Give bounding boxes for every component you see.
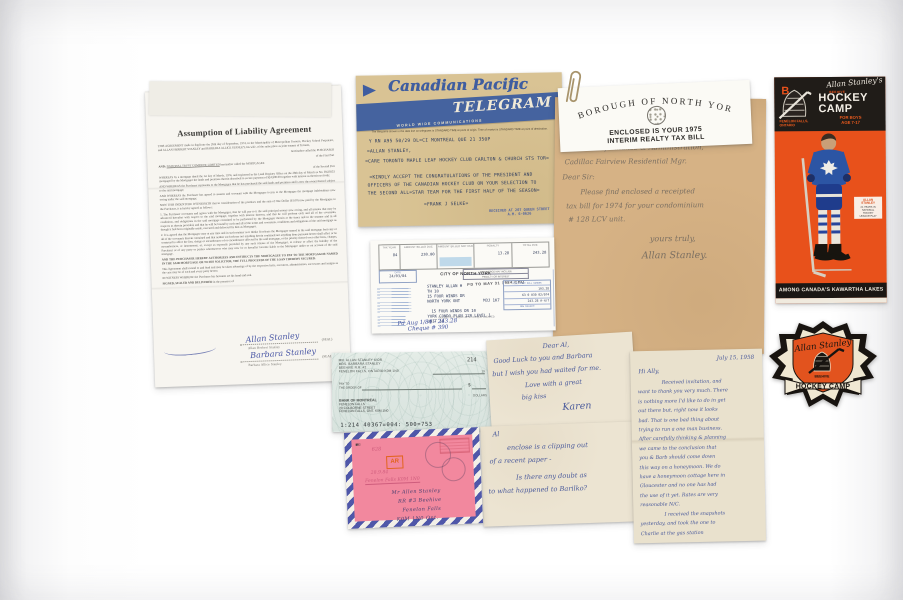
handwritten-letter: July 15, 1958 Hi Ally, Received invitati… <box>630 349 766 544</box>
brochure-location: FENELON FALLS, ONTARIO <box>780 119 809 128</box>
liability-agreement-document: Assumption of Liability Agreement THIS A… <box>145 85 351 388</box>
cheque-dollar-sign: $ <box>468 382 471 387</box>
tb-col5-header: TOTAL DUE <box>512 244 548 248</box>
tb-date-box: DATE 24/03/84 <box>379 270 417 284</box>
barilko-line-5: to what happened to Barilko? <box>488 484 587 495</box>
brochure-bottom-band: AMONG CANADA'S KAWARTHA LAKES <box>776 283 887 299</box>
telegram-received-stamp: RECEIVED AT 207 QUEEN STREET A.M. 6-0626 <box>489 207 550 217</box>
manila-line-2: Cadillac Fairview Residential Mgr. <box>565 157 687 166</box>
telegram-body-3: THE SECOND ALL=STAR TEAM FOR THE FIRST H… <box>368 189 540 197</box>
barilko-line-4: Is there any doubt as <box>516 471 587 481</box>
tb-blue-cell <box>440 257 472 267</box>
telegram-signature: =FRANK J SELKE= <box>424 202 469 208</box>
tb-billed-value: 230.00 <box>400 251 434 257</box>
tb-name-4: NORTH YORK ONT <box>427 298 460 304</box>
cp-flag-icon <box>363 84 376 96</box>
tb-col1-header: TAX YEAR <box>379 246 399 249</box>
letter-greeting: Hi Ally, <box>638 369 659 375</box>
agreement-and-label: AND: <box>158 165 165 168</box>
tb-total-value: 243.28 <box>512 250 546 256</box>
brochure-sub-2: AGE 7-17 <box>840 121 862 126</box>
tb-date-value: 24/03/84 <box>380 274 416 279</box>
telegram-body-2: OFFICERS OF THE CANADIAN HOCKEY CLUB ON … <box>368 181 537 189</box>
karen-line-2: Good Luck to you and Barbara <box>493 351 593 365</box>
cheque-micr-line: 1:214 40367=004: 500=753 <box>340 422 432 429</box>
brochure-loc-2: ONTARIO <box>780 123 809 127</box>
telegram-to-line: =ALLAN STANLEY, <box>367 149 412 155</box>
tb-col3-header: AMOUNT BILLED NOT DUE <box>438 245 474 249</box>
manila-line-7: yours truly, <box>650 234 696 243</box>
patch-beehive-word: BEEHIVE <box>815 375 831 379</box>
karen-signature: Karen <box>562 400 592 413</box>
bank-cheque: MR. ALLAN STANLEY &/OR MRS. BARBARA STAN… <box>332 351 494 432</box>
cheque-bank-block: BANK OF MONTREAL FENELON FALLS 20 COLBOR… <box>339 399 388 414</box>
telegram-care-line: =CARE TORONTO MAPLE LEAF HOCKEY CLUB CAR… <box>365 156 549 164</box>
envelope-face: ▮▮▯ AR 628 28.9.84 Fenelon Falls K0M 1N0… <box>351 434 475 521</box>
karen-line-1: Dear Al, <box>542 341 569 351</box>
brochure-title: HOCKEY CAMP <box>818 93 880 115</box>
witness-signature-scribble <box>164 342 217 357</box>
letter-line: Charlie at the gas station <box>641 527 761 539</box>
tb-roll-4: NEW BALANCE <box>504 304 550 309</box>
borough-seal-icon <box>647 106 667 126</box>
canada-post-marks: ▮▮▯ <box>355 442 360 446</box>
cp-telegram: Canadian Pacific TELEGRAM WORLD WIDE COM… <box>356 72 565 227</box>
brochure-title-2: CAMP <box>818 104 880 115</box>
pink-ar-envelope: ▮▮▯ AR 628 28.9.84 Fenelon Falls K0M 1N0… <box>344 427 483 529</box>
cheque-payer-4: FENELON FALLS, ONTARIO K0M 1N0 <box>339 369 399 373</box>
tb-stub-lines-1 <box>377 288 411 299</box>
envelope-address-1: Mr Allen Stanley <box>392 488 441 496</box>
seal-label-1: (SEAL) <box>322 337 333 341</box>
postmark-circle-2 <box>441 457 466 482</box>
brochure-header: B Allan Stanley's BEEHIVE HOCKEY CAMP FO… <box>774 77 885 132</box>
barilko-line-1: Al <box>492 430 499 438</box>
brochure-signature: Allan Stanley's <box>826 75 883 89</box>
letter-date: July 15, 1958 <box>717 355 755 362</box>
barilko-line-3: of a recent paper - <box>489 455 551 465</box>
cheque-payee-line <box>362 388 462 390</box>
agreement-mortgagee-line: hereinafter called the MORTGAGEE <box>220 162 264 167</box>
caption-text-4: LEAGUE PLAY <box>855 214 881 217</box>
barilko-line-2: enclose is a clipping out <box>507 441 588 452</box>
tax-bill: TAX YEAR 84 AMOUNT BILLED DUE 230.00 AMO… <box>370 237 556 333</box>
hockey-camp-patch: Allan Stanley BEEHIVE HOCKEY CAMP <box>767 319 879 411</box>
tb-postal: M3J 1K7 <box>483 297 499 302</box>
telegram-body-1: =KINDLY ACCEPT THE CONGRATULATIONS OF TH… <box>369 173 532 181</box>
telegram-brand: Canadian Pacific <box>378 75 538 96</box>
ar-box: AR <box>386 455 404 469</box>
patch-banner: HOCKEY CAMP <box>796 384 851 391</box>
cheque-dollars-label: DOLLARS <box>473 393 487 397</box>
manila-signature: Allan Stanley. <box>642 250 708 262</box>
karen-line-4: Love with a great <box>525 378 582 389</box>
manila-line-5: tax bill for 1974 for your condominium <box>566 201 704 210</box>
karen-line-5: big kiss <box>522 392 547 401</box>
manila-line-3: Dear Sir: <box>562 173 594 181</box>
svg-text:B: B <box>781 85 789 97</box>
tb-stub-lines-2 <box>377 302 411 313</box>
envelope-hand-3: Fenelon Falls K0M 1N0 <box>365 477 420 485</box>
envelope-hand-2: 28.9.84 <box>371 470 389 476</box>
memorabilia-photo: Assumption of Liability Agreement THIS A… <box>0 0 903 600</box>
agreement-body: THIS AGREEMENT made in duplicate the 26t… <box>158 139 339 288</box>
envelope-address-4: K0M 1N0 Ont. <box>397 515 439 523</box>
typed-name-2: Barbara Allice Stanley <box>248 362 281 367</box>
telegram-product: TELEGRAM <box>453 94 553 116</box>
cheque-date-line: 19 <box>433 369 485 375</box>
karen-note: Dear Al, Good Luck to you and Barbara bu… <box>486 332 638 437</box>
tb-col4-header: PENALTY <box>475 244 511 248</box>
cheque-payto-2: THE ORDER OF <box>339 386 362 390</box>
letter-body: Received invitation, and want to thank y… <box>638 377 761 539</box>
cheque-bank-4: FENELON FALLS, ONT. K0M 1N0 <box>339 410 388 414</box>
tb-assessment-panel: ASSESSMENT ROLL NUMBER 193.28 63 0 030 0… <box>503 279 552 310</box>
agreement-title: Assumption of Liability Agreement <box>146 123 342 140</box>
cheque-payer-block: MR. ALLAN STANLEY &/OR MRS. BARBARA STAN… <box>339 358 399 374</box>
cheque-payto: PAY TO THE ORDER OF <box>339 383 362 390</box>
hockey-camp-brochure: B Allan Stanley's BEEHIVE HOCKEY CAMP FO… <box>774 77 887 304</box>
agreement-mortgagee-name: NATIONAL TRUST COMPANY, LIMITED <box>167 163 220 168</box>
barilko-note: Al enclose is a clipping out of a recent… <box>480 421 639 526</box>
envelope-hand-1: 628 <box>372 446 382 452</box>
agreement-signed-line: SIGNED, SEALED AND DELIVERED <box>163 281 213 286</box>
beehive-logo-icon: B <box>777 82 811 122</box>
karen-line-3: but I wish you had waited for me. <box>492 364 601 379</box>
envelope-address-2: RR #3 Beehive <box>398 497 442 505</box>
tb-handwritten: Pd Aug 1/84 - 243.28 Cheque # 390 <box>397 318 457 334</box>
cheque-amount-line <box>472 388 486 389</box>
tb-col2-header: AMOUNT BILLED DUE <box>400 245 436 249</box>
north-york-card: BOROUGH OF NORTH YORK ENCLOSED IS YOUR 1… <box>558 80 753 152</box>
brochure-subtitle: FOR BOYS AGE 7-17 <box>840 116 862 126</box>
telegram-band: TELEGRAM WORLD WIDE COMMUNICATIONS <box>356 92 562 132</box>
tb-penalty-value: 13.28 <box>475 250 509 256</box>
telegram-header-line: Y RN A95 50/29 DL=CI MONTREAL QUE 21 350… <box>369 137 491 144</box>
player-caption: ALLAN STANLEY 21 YEARS IN NATIONAL HOCKE… <box>854 197 882 219</box>
tb-divider <box>553 269 555 326</box>
manila-line-6: # 128 LCV unit. <box>568 215 625 223</box>
tax-bill-table: TAX YEAR 84 AMOUNT BILLED DUE 230.00 AMO… <box>378 241 549 270</box>
cheque-number: 214 <box>467 357 477 363</box>
envelope-address-3: Fenelon Falls <box>402 506 441 514</box>
tb-year-value: 84 <box>379 252 397 257</box>
manila-line-4: Please find enclosed a receipted <box>580 187 695 196</box>
agreement-presence-line: in the presence of <box>213 280 234 284</box>
